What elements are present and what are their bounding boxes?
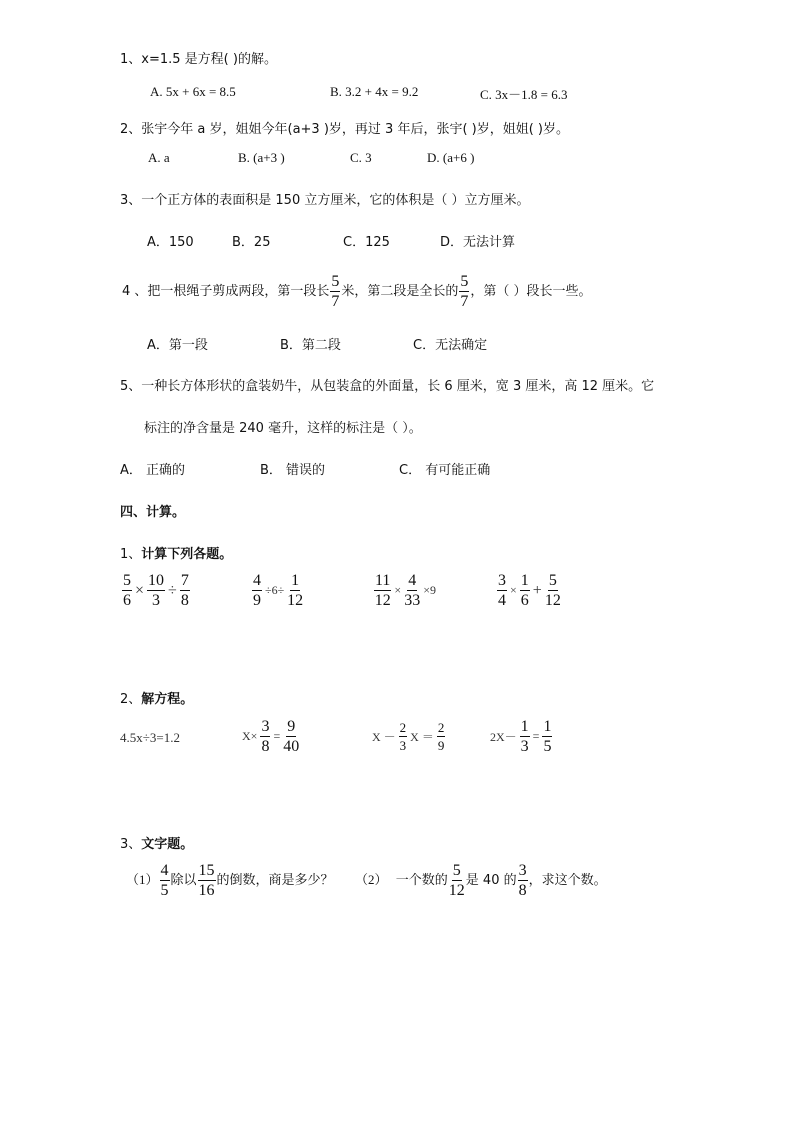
calc-expression-4: 34×16+512 bbox=[496, 572, 562, 609]
operator: ×9 bbox=[423, 583, 436, 597]
denominator: 6 bbox=[123, 591, 131, 609]
fraction: 1516 bbox=[198, 862, 216, 899]
denominator: 9 bbox=[253, 591, 261, 609]
question-5-option-b: B． 错误的 bbox=[260, 459, 325, 478]
fraction: 16 bbox=[520, 572, 530, 609]
question-4-text-3: ，第（ ）段长一些。 bbox=[470, 284, 591, 299]
question-5-stem-line-1: 5、一种长方体形状的盒装奶牛，从包装盒的外面量，长 6 厘米，宽 3 厘米，高 … bbox=[120, 375, 654, 394]
problem-label: （1） bbox=[126, 872, 159, 887]
fraction: 56 bbox=[122, 572, 132, 609]
subsection-number: 3、 bbox=[120, 837, 141, 852]
subsection-number: 1、 bbox=[120, 547, 141, 562]
fraction: 13 bbox=[520, 718, 530, 755]
fraction: 29 bbox=[437, 720, 446, 753]
question-4-option-a: A．第一段 bbox=[147, 334, 208, 353]
problem-text: 除以 bbox=[171, 873, 197, 888]
question-4-option-c: C．无法确定 bbox=[413, 334, 487, 353]
calc-expression-1: 56×103÷78 bbox=[121, 572, 191, 609]
question-2-stem: 2、张宇今年 a 岁，姐姐今年(a+3 )岁，再过 3 年后，张宇( )岁，姐姐… bbox=[120, 118, 569, 137]
subsection-label: 文字题。 bbox=[141, 837, 193, 852]
equation-3: X －23X ＝29 bbox=[370, 720, 446, 753]
denominator: 8 bbox=[261, 737, 269, 755]
numerator: 1 bbox=[520, 718, 530, 737]
subsection-3-title: 3、文字题。 bbox=[120, 833, 193, 852]
operator: × bbox=[510, 583, 517, 597]
question-2-option-a: A. a bbox=[148, 150, 170, 166]
fraction: 57 bbox=[330, 273, 340, 310]
denominator: 5 bbox=[161, 881, 169, 899]
question-3-option-b: B．25 bbox=[232, 231, 270, 250]
denominator: 4 bbox=[498, 591, 506, 609]
question-1-option-c: C. 3x－1.8 = 6.3 bbox=[480, 84, 568, 103]
numerator: 4 bbox=[252, 572, 262, 591]
numerator: 2 bbox=[399, 720, 408, 737]
operator: ÷ bbox=[168, 582, 177, 599]
question-1-option-a: A. 5x + 6x = 8.5 bbox=[150, 84, 236, 100]
denominator: 12 bbox=[375, 591, 391, 609]
question-2-option-c: C. 3 bbox=[350, 150, 372, 166]
numerator: 3 bbox=[497, 572, 507, 591]
numerator: 3 bbox=[260, 718, 270, 737]
calc-expression-3: 1112×433×9 bbox=[373, 572, 438, 609]
numerator: 5 bbox=[452, 862, 462, 881]
numerator: 15 bbox=[198, 862, 216, 881]
denominator: 12 bbox=[449, 881, 465, 899]
subsection-1-title: 1、计算下列各题。 bbox=[120, 543, 232, 562]
question-2-option-b: B. (a+3 ) bbox=[238, 150, 285, 166]
problem-label: （2） bbox=[355, 872, 388, 887]
denominator: 5 bbox=[543, 737, 551, 755]
equation-prefix: 2X－ bbox=[490, 730, 517, 744]
fraction: 49 bbox=[252, 572, 262, 609]
fraction: 112 bbox=[287, 572, 303, 609]
operator: × bbox=[394, 583, 401, 597]
fraction: 23 bbox=[399, 720, 408, 753]
question-4-stem: 4 、把一根绳子剪成两段，第一段长57米，第二段是全长的57，第（ ）段长一些。 bbox=[122, 273, 592, 310]
word-problem-2: （2） 一个数的512是 40 的38，求这个数。 bbox=[355, 862, 607, 899]
equation-prefix: X× bbox=[242, 729, 257, 743]
numerator: 1 bbox=[520, 572, 530, 591]
fraction: 38 bbox=[518, 862, 528, 899]
fraction: 15 bbox=[542, 718, 552, 755]
question-3-option-a: A．150 bbox=[147, 231, 194, 250]
numerator: 2 bbox=[437, 720, 446, 737]
numerator: 5 bbox=[459, 273, 469, 292]
subsection-2-title: 2、解方程。 bbox=[120, 688, 193, 707]
numerator: 5 bbox=[330, 273, 340, 292]
equation-2: X×38=940 bbox=[240, 718, 300, 755]
calc-expression-2: 49÷6÷112 bbox=[251, 572, 304, 609]
operator: ÷6÷ bbox=[265, 583, 284, 597]
denominator: 3 bbox=[400, 737, 407, 753]
section-title: 四、计算。 bbox=[120, 501, 185, 520]
word-problem-1: （1）45除以1516的倒数，商是多少？ bbox=[126, 862, 334, 899]
problem-text: 的倒数，商是多少？ bbox=[217, 873, 334, 888]
denominator: 40 bbox=[283, 737, 299, 755]
denominator: 3 bbox=[521, 737, 529, 755]
numerator: 9 bbox=[286, 718, 296, 737]
question-3-stem: 3、一个正方体的表面积是 150 立方厘米，它的体积是（ ）立方厘米。 bbox=[120, 189, 529, 208]
question-1-option-b: B. 3.2 + 4x = 9.2 bbox=[330, 84, 418, 100]
numerator: 11 bbox=[374, 572, 391, 591]
question-2-option-d: D. (a+6 ) bbox=[427, 150, 474, 166]
equation-1: 4.5x÷3=1.2 bbox=[120, 730, 180, 746]
denominator: 7 bbox=[331, 292, 339, 310]
numerator: 4 bbox=[160, 862, 170, 881]
numerator: 4 bbox=[407, 572, 417, 591]
equation-prefix: X － bbox=[372, 730, 396, 744]
subsection-number: 2、 bbox=[120, 692, 141, 707]
question-1-stem: 1、x=1.5 是方程( )的解。 bbox=[120, 48, 277, 67]
fraction: 38 bbox=[260, 718, 270, 755]
denominator: 12 bbox=[287, 591, 303, 609]
fraction: 45 bbox=[160, 862, 170, 899]
question-3-option-c: C．125 bbox=[343, 231, 390, 250]
fraction: 1112 bbox=[374, 572, 391, 609]
question-4-option-b: B．第二段 bbox=[280, 334, 341, 353]
denominator: 7 bbox=[460, 292, 468, 310]
denominator: 8 bbox=[519, 881, 527, 899]
fraction: 34 bbox=[497, 572, 507, 609]
fraction: 940 bbox=[283, 718, 299, 755]
fraction: 512 bbox=[449, 862, 465, 899]
fraction: 512 bbox=[545, 572, 561, 609]
operator: + bbox=[533, 582, 542, 599]
question-4-text-1: 4 、把一根绳子剪成两段，第一段长 bbox=[122, 284, 329, 299]
fraction: 57 bbox=[459, 273, 469, 310]
denominator: 33 bbox=[404, 591, 420, 609]
numerator: 5 bbox=[548, 572, 558, 591]
question-5-stem-line-2: 标注的净含量是 240 毫升，这样的标注是（ ）。 bbox=[144, 417, 422, 436]
subsection-label: 计算下列各题。 bbox=[141, 547, 232, 562]
problem-text: ，求这个数。 bbox=[529, 873, 607, 888]
question-3-option-d: D．无法计算 bbox=[440, 231, 515, 250]
numerator: 7 bbox=[180, 572, 190, 591]
numerator: 3 bbox=[518, 862, 528, 881]
question-5-option-c: C． 有可能正确 bbox=[399, 459, 490, 478]
denominator: 6 bbox=[521, 591, 529, 609]
equation-4: 2X－13=15 bbox=[488, 718, 553, 755]
operator: = bbox=[273, 729, 280, 743]
question-5-option-a: A． 正确的 bbox=[120, 459, 185, 478]
operator: × bbox=[135, 582, 144, 599]
question-4-text-2: 米，第二段是全长的 bbox=[341, 284, 458, 299]
denominator: 9 bbox=[438, 737, 445, 753]
numerator: 10 bbox=[147, 572, 165, 591]
numerator: 1 bbox=[542, 718, 552, 737]
denominator: 3 bbox=[152, 591, 160, 609]
operator: = bbox=[533, 729, 540, 743]
numerator: 5 bbox=[122, 572, 132, 591]
denominator: 12 bbox=[545, 591, 561, 609]
fraction: 78 bbox=[180, 572, 190, 609]
denominator: 8 bbox=[181, 591, 189, 609]
denominator: 16 bbox=[199, 881, 215, 899]
subsection-label: 解方程。 bbox=[141, 692, 193, 707]
problem-text: 一个数的 bbox=[396, 873, 448, 888]
numerator: 1 bbox=[290, 572, 300, 591]
problem-text: 是 40 的 bbox=[466, 873, 517, 888]
fraction: 103 bbox=[147, 572, 165, 609]
operator: X ＝ bbox=[410, 730, 434, 744]
fraction: 433 bbox=[404, 572, 420, 609]
